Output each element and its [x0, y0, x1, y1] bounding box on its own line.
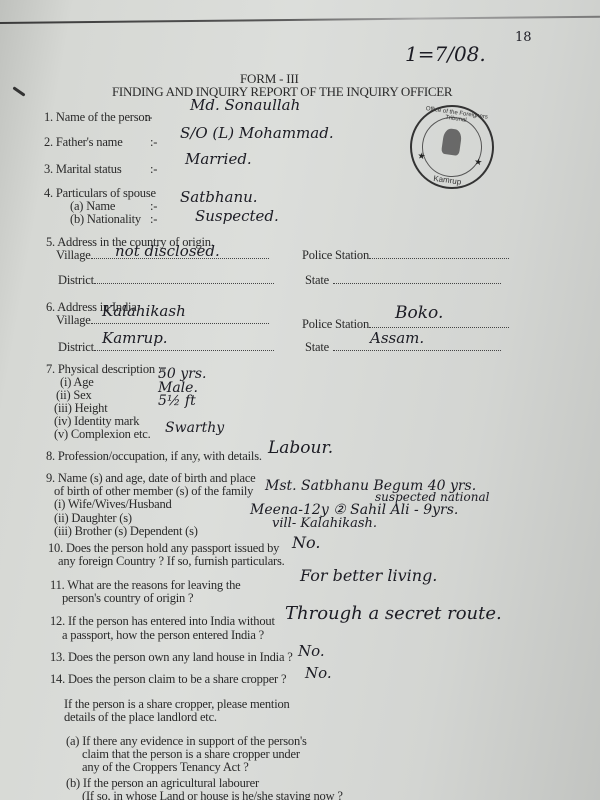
- q10-value: No.: [292, 533, 320, 552]
- q2-sep: :-: [150, 135, 157, 150]
- district-line: [94, 273, 274, 284]
- q5-state-label: State: [305, 273, 501, 288]
- q4b-label: (b) Nationality: [70, 212, 141, 227]
- q8-label: 8. Profession/occupation, if any, with d…: [46, 449, 262, 464]
- q12-line2: a passport, how the person entered India…: [62, 628, 264, 643]
- police-station-line: [369, 248, 509, 259]
- q13-label: 13. Does the person own any land house i…: [50, 650, 293, 665]
- q7-height-value: 5½ ft: [158, 393, 196, 409]
- q14-value: No.: [305, 664, 332, 682]
- q7-complexion-value: Swarthy: [165, 420, 224, 436]
- q13-value: No.: [298, 642, 325, 660]
- emblem-icon: [441, 128, 462, 156]
- file-number: 1=7/08.: [405, 42, 486, 66]
- district-label: District: [58, 273, 94, 287]
- police-station-label: Police Station: [302, 317, 369, 331]
- q1-label: 1. Name of the person: [44, 110, 151, 125]
- q3-label: 3. Marital status: [44, 162, 122, 177]
- state-label: State: [305, 273, 329, 287]
- village-label: Village: [56, 248, 91, 262]
- q14a-line3: any of the Croppers Tenancy Act ?: [82, 760, 249, 775]
- q4b-value: Suspected.: [195, 207, 279, 225]
- pen-tick-mark: [12, 86, 25, 96]
- q2-value: S/O (L) Mohammad.: [180, 124, 334, 142]
- q8-value: Labour.: [268, 438, 333, 458]
- q6-village-value: Kalahikash: [102, 302, 186, 320]
- q1-value: Md. Sonaullah: [190, 96, 300, 114]
- state-label: State: [305, 340, 329, 354]
- q14-note2: details of the place landlord etc.: [64, 710, 217, 725]
- q9-line5: (iii) Brother (s) Dependent (s): [54, 524, 198, 539]
- q5-ps-label: Police Station: [302, 248, 509, 263]
- q14b-line2: (If so, in whose Land or house is he/she…: [82, 789, 343, 800]
- q6-ps-value: Boko.: [395, 303, 443, 323]
- q6-state-value: Assam.: [370, 329, 424, 347]
- police-station-label: Police Station: [302, 248, 369, 262]
- q1-sep: :-: [145, 110, 152, 125]
- page-top-edge: [0, 16, 600, 24]
- q11-value: For better living.: [300, 566, 437, 585]
- q3-value: Married.: [185, 150, 252, 168]
- q14-label: 14. Does the person claim to be a share …: [50, 672, 286, 687]
- q2-label: 2. Father's name: [44, 135, 123, 150]
- page-number: 18: [515, 30, 532, 45]
- q4b-sep: :-: [150, 212, 157, 227]
- q10-line2: any foreign Country ? If so, furnish par…: [58, 554, 285, 569]
- q6-district-value: Kamrup.: [102, 329, 168, 347]
- q9-line3: (i) Wife/Wives/Husband: [54, 497, 172, 512]
- q5-village-value: not disclosed.: [115, 242, 220, 260]
- star-icon: ★: [417, 150, 427, 162]
- star-icon: ★: [473, 156, 483, 168]
- q11-line2: person's country of origin ?: [62, 591, 193, 606]
- q12-value: Through a secret route.: [285, 603, 502, 624]
- district-label: District: [58, 340, 94, 354]
- village-label: Village: [56, 313, 91, 327]
- q12-line1: 12. If the person has entered into India…: [50, 614, 275, 629]
- q4a-value: Satbhanu.: [180, 188, 258, 206]
- q3-sep: :-: [150, 162, 157, 177]
- official-seal: Office of the Foreigners Tribunal ★ ★ Ka…: [405, 100, 500, 195]
- q5-district-label: District: [58, 273, 274, 288]
- q9-value4: vill- Kalahikash.: [272, 516, 377, 531]
- q7-complexion-label: (v) Complexion etc.: [54, 427, 151, 442]
- state-line: [333, 273, 501, 284]
